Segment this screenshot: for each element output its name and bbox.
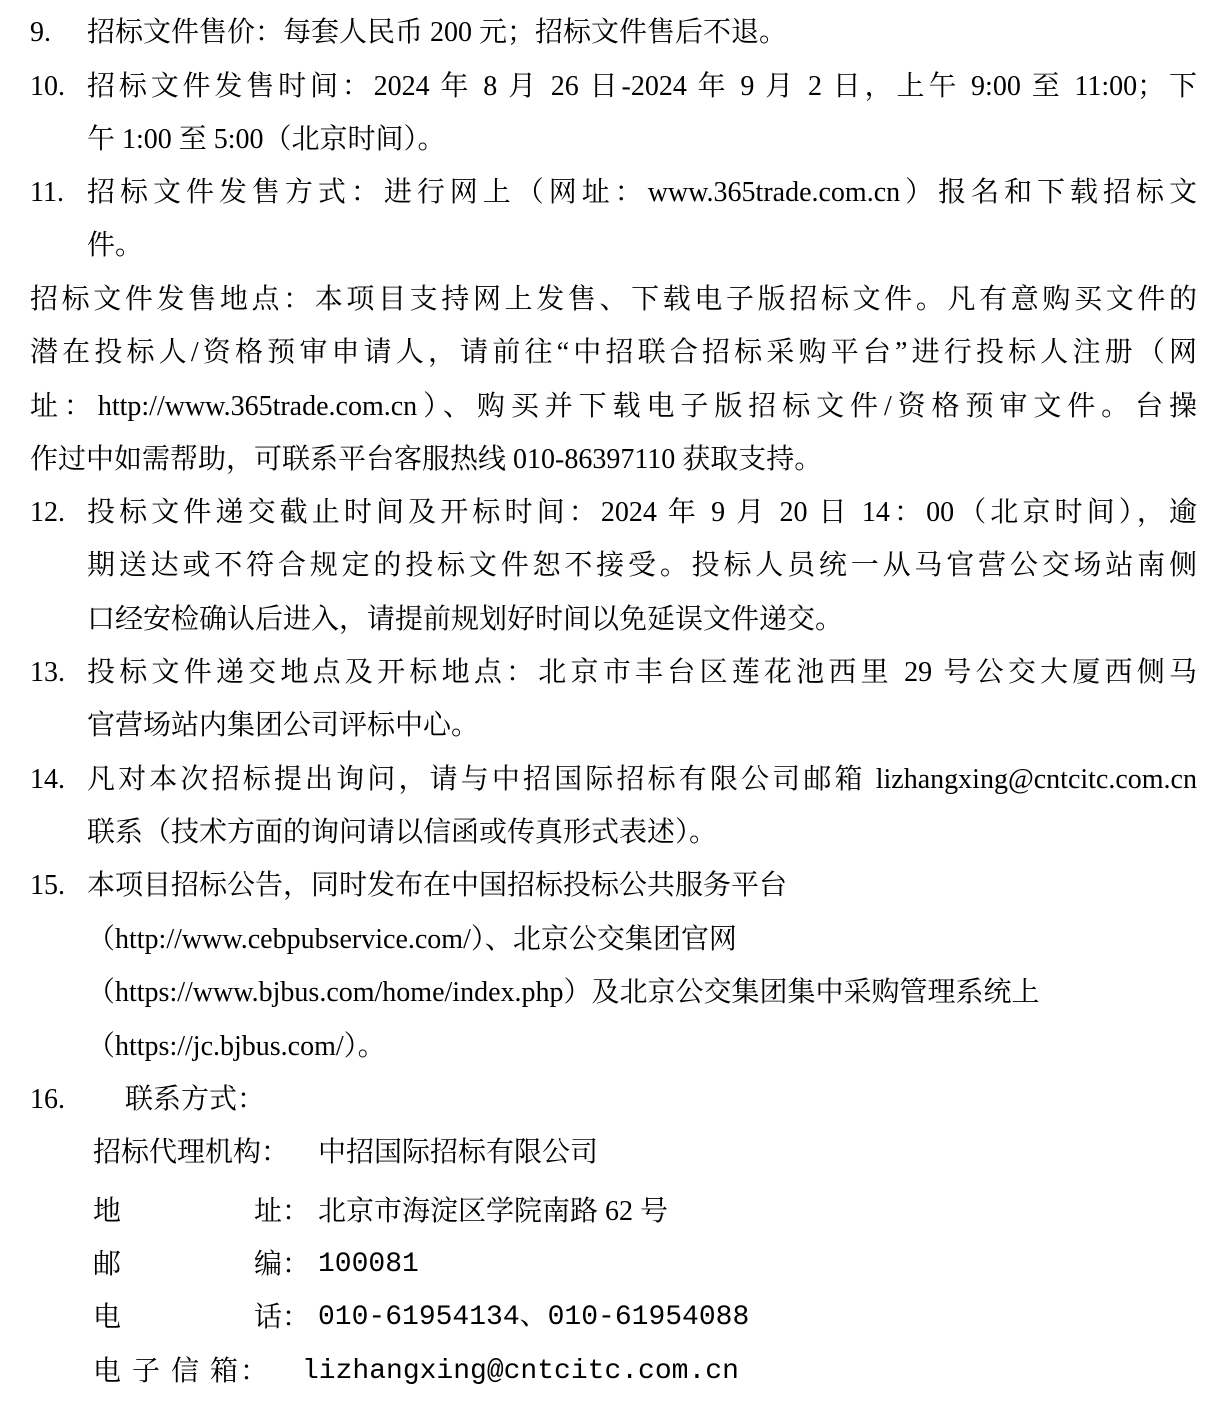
item-number: 14. (30, 763, 65, 797)
contact-heading: 联系方式： (125, 1083, 265, 1117)
paragraph-line: 招标文件发售地点：本项目支持网上发售、下载电子版招标文件。凡有意购买文件的 (30, 283, 1197, 317)
item-text-line: 招标文件发售时间：2024 年 8 月 26 日-2024 年 9 月 2 日，… (87, 70, 1197, 104)
phone-label-left: 电 (93, 1301, 121, 1335)
item-text-line: 凡对本次招标提出询问，请与中招国际招标有限公司邮箱 lizhangxing@cn… (87, 763, 1197, 797)
phone-value: 010-61954134、010-61954088 (318, 1301, 749, 1335)
item-text-line: 官营场站内集团公司评标中心。 (87, 709, 479, 743)
email-value[interactable]: lizhangxing@cntcitc.com.cn (302, 1355, 739, 1389)
agency-label: 招标代理机构： (93, 1136, 289, 1170)
address-label-left: 地 (93, 1195, 121, 1229)
postcode-label-right: 编： (254, 1248, 310, 1282)
link-line-cebpubservice[interactable]: （http://www.cebpubservice.com/）、北京公交集团官网 (87, 923, 737, 957)
postcode-label-left: 邮 (93, 1248, 121, 1282)
item-number: 11. (30, 176, 64, 210)
item-text-line: 投标文件递交地点及开标地点：北京市丰台区莲花池西里 29 号公交大厦西侧马 (87, 656, 1197, 690)
item-number: 16. (30, 1083, 65, 1117)
item-text-line: 招标文件售价：每套人民币 200 元；招标文件售后不退。 (87, 16, 787, 50)
address-value: 北京市海淀区学院南路 62 号 (318, 1195, 668, 1229)
item-text-line: 本项目招标公告，同时发布在中国招标投标公共服务平台 (87, 869, 787, 903)
item-text-line: 期送达或不符合规定的投标文件恕不接受。投标人员统一从马官营公交场站南侧 (87, 549, 1197, 583)
paragraph-line: 作过中如需帮助，可联系平台客服热线 010-86397110 获取支持。 (30, 443, 822, 477)
item-text-line: 联系（技术方面的询问请以信函或传真形式表述）。 (87, 816, 717, 850)
phone-label-right: 话： (254, 1301, 310, 1335)
item-text-line: 招标文件发售方式：进行网上（网址：www.365trade.com.cn）报名和… (87, 176, 1197, 210)
paragraph-line: 潜在投标人/资格预审申请人，请前往“中招联合招标采购平台”进行投标人注册（网 (30, 336, 1197, 370)
address-label-right: 址： (254, 1195, 310, 1229)
item-number: 13. (30, 656, 65, 690)
item-text-line: 投标文件递交截止时间及开标时间：2024 年 9 月 20 日 14：00（北京… (87, 496, 1197, 530)
agency-value: 中招国际招标有限公司 (318, 1136, 598, 1170)
item-number: 15. (30, 869, 65, 903)
item-number: 9. (30, 16, 51, 50)
link-line-jc-bjbus[interactable]: （https://jc.bjbus.com/）。 (87, 1030, 386, 1064)
item-number: 12. (30, 496, 65, 530)
postcode-value: 100081 (318, 1248, 419, 1282)
item-text-line: 午 1:00 至 5:00（北京时间）。 (87, 123, 446, 157)
item-number: 10. (30, 70, 65, 104)
item-text-line: 口经安检确认后进入，请提前规划好时间以免延误文件递交。 (87, 603, 843, 637)
email-label: 电 子 信 箱： (93, 1355, 270, 1389)
item-text-line: 件。 (87, 229, 143, 263)
link-line-bjbus[interactable]: （https://www.bjbus.com/home/index.php）及北… (87, 976, 1040, 1010)
paragraph-line: 址：http://www.365trade.com.cn）、购买并下载电子版招标… (30, 390, 1197, 424)
